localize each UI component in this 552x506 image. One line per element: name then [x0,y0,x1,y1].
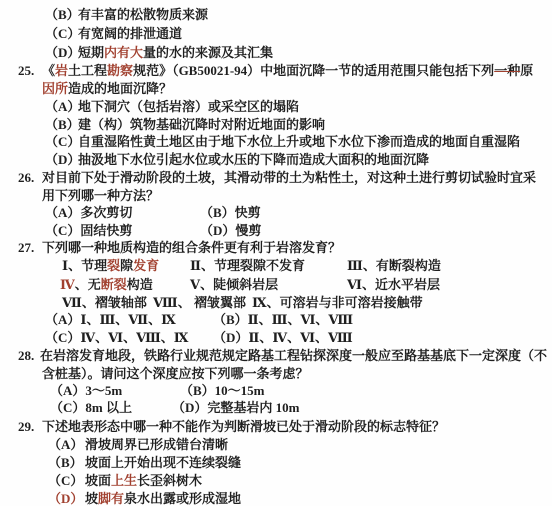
option-line: （C）Ⅳ、Ⅵ、Ⅷ、Ⅸ（D）Ⅱ、Ⅳ、Ⅵ、Ⅷ [0,330,552,347]
option-text: 坡面上生长歪斜树木 [85,473,202,489]
text-segment: （A）3～5m [50,383,122,398]
text-segment: （A）多次剪切 [45,205,132,220]
text-segment: （B） [45,7,80,22]
annotated-text: 裂 [107,258,120,273]
option-d: （D）完整基岩内 10m [172,400,299,416]
annotated-text: 大 [130,45,143,60]
option-b: （B）10～15m [180,383,265,399]
text-segment: （D） [45,45,80,60]
option-a: （A）3～5m [50,383,122,399]
question-text: 《岩土工程勘察规范》（GB50021-94）中地面沉降一节的适用范围只能包括下列… [42,63,533,79]
option-text: 坡面上开始出现不连续裂缝 [85,455,241,471]
text-segment: （D）完整基岩内 10m [172,400,299,415]
option-line: （A）地下洞穴（包括岩溶）或采空区的塌陷 [0,99,552,116]
text-segment: 坡面 [85,473,111,488]
question-line: 26.对目前下处于滑动阶段的土坡，其滑动带的土为粘性土，对这种土进行剪切试验时宜… [0,170,552,187]
option-label: （D） [45,45,80,61]
text-segment: 地下洞穴（包括岩溶）或采空区的塌陷 [78,99,299,114]
item-list-line: Ⅰ、节理裂隙发育Ⅱ、节理裂隙不发育Ⅲ、有断裂构造 [0,258,552,275]
option-b: （B）Ⅱ、Ⅲ、Ⅵ、Ⅷ [213,312,353,328]
text-segment: 对目前下处于滑动阶段的土坡，其滑动带的土为粘性土，对这种土进行剪切试验时宜采 [42,170,536,185]
item-1: Ⅰ、节理裂隙发育 [62,258,159,274]
option-line: （B）坡面上开始出现不连续裂缝 [0,455,552,472]
item-7: Ⅶ、褶皱轴部 [62,295,147,311]
text-segment: （C） [45,26,80,41]
question-text: 在岩溶发育地段，铁路行业规范规定路基工程钻探深度一般应至路基基底下一定深度（不 [40,348,547,364]
question-line: 28.在岩溶发育地段，铁路行业规范规定路基工程钻探深度一般应至路基基底下一定深度… [0,348,552,365]
option-line: （A）Ⅰ、Ⅲ、Ⅶ、Ⅸ（B）Ⅱ、Ⅲ、Ⅵ、Ⅷ [0,312,552,329]
item-4: Ⅳ、无断裂构造 [60,277,153,293]
text-segment: 造成的地面沉降？ [68,81,172,96]
text-segment: 27. [18,240,34,255]
item-9: Ⅸ、可溶岩与非可溶岩接触带 [252,295,423,311]
item-3: Ⅲ、有断裂构造 [347,258,441,274]
text-segment: 25. [18,63,34,78]
item-6: Ⅵ、近水平岩层 [347,277,440,293]
text-segment: 原 [520,63,533,78]
question-continuation: 因所造成的地面沉降？ [0,81,552,98]
text-segment: 规范》（GB50021-94）中地面沉降一节的适用范围只能包括下列 [133,63,494,78]
annotated-text: Ⅳ [60,277,75,292]
question-line: 27.下列哪一种地质构造的组合条件更有利于岩溶发育？ [0,240,552,257]
annotated-text: 内有 [104,45,130,60]
option-d: （D）Ⅱ、Ⅳ、Ⅵ、Ⅷ [213,330,353,346]
text-segment: （D）慢剪 [200,223,261,238]
text-segment: （C） [45,134,80,149]
text-segment: 28. [18,348,34,363]
option-label: （D） [45,152,80,168]
option-line: （D）短期内有大量的水的来源及其汇集 [0,45,552,62]
option-text: 自重湿陷性黄土地区由于地下水位上升或地下水位下渗而造成的地面自重湿陷 [78,134,520,150]
option-line: （B）有丰富的松散物质来源 [0,7,552,24]
question-text: 下列哪一种地质构造的组合条件更有利于岩溶发育？ [42,240,341,256]
option-line: （C）固结快剪（D）慢剪 [0,223,552,240]
text-segment: 下列哪一种地质构造的组合条件更有利于岩溶发育？ [42,240,341,255]
question-number: 27. [18,240,34,256]
text-segment: （D）Ⅱ、Ⅳ、Ⅵ、Ⅷ [213,330,353,345]
option-text: 滑坡周界已形成错台清晰 [85,437,228,453]
text-segment: 、无 [75,277,101,292]
text-segment: 土工程 [68,63,107,78]
text-segment: 有丰富的松散物质来源 [78,7,208,22]
text-segment: 抽汲地下水位引起水位或水压的下降而造成大面积的地面沉降 [78,152,429,167]
option-a: （A）Ⅰ、Ⅲ、Ⅶ、Ⅸ [45,312,176,328]
option-line: （B）建（构）筑物基础沉降时对附近地面的影响 [0,117,552,134]
question-text: 含桩基）。请问这个深度应按下列哪一条考虑？ [42,366,309,382]
question-number: 26. [18,170,34,186]
option-line: （D）抽汲地下水位引起水位或水压的下降而造成大面积的地面沉降 [0,152,552,169]
annotated-text: 一种 [494,63,520,78]
text-segment: （C） [48,473,83,488]
text-segment: 泉水出露或形成湿地 [124,491,241,506]
text-segment: 自重湿陷性黄土地区由于地下水位上升或地下水位下渗而造成的地面自重湿陷 [78,134,520,149]
item-list-line: Ⅳ、无断裂构造Ⅴ、陡倾斜岩层Ⅵ、近水平岩层 [0,277,552,294]
option-b: （B）快剪 [200,205,261,221]
text-segment: （B）快剪 [200,205,261,220]
question-text: 用下列哪一种方法？ [42,188,159,204]
text-segment: （A） [45,99,80,114]
item-8: Ⅷ、 褶皱翼部 [153,295,246,311]
option-label: （B） [45,117,80,133]
option-label: （D） [48,491,83,506]
option-line: （A）多次剪切（B）快剪 [0,205,552,222]
text-segment: 量的水的来源及其汇集 [143,45,273,60]
option-text: 有丰富的松散物质来源 [78,7,208,23]
text-segment: 坡 [85,491,98,506]
text-segment: （B） [45,117,80,132]
annotated-text: 发育 [133,258,159,273]
text-segment: Ⅴ、陡倾斜岩层 [190,277,278,292]
text-segment: （C）Ⅳ、Ⅵ、Ⅷ、Ⅸ [45,330,188,345]
option-d: （D）慢剪 [200,223,261,239]
question-text: 下述地表形态中哪一种不能作为判断滑坡已处于滑动阶段的标志特征？ [42,419,445,435]
text-segment: 滑坡周界已形成错台清晰 [85,437,228,452]
text-segment: 短期 [78,45,104,60]
text-segment: （C）8m 以上 [50,400,132,415]
option-text: 有宽阔的排泄通道 [78,26,182,42]
question-number: 25. [18,63,34,79]
text-segment: Ⅱ、节理裂隙不发育 [190,258,305,273]
option-text: 短期内有大量的水的来源及其汇集 [78,45,273,61]
option-label: （A） [48,437,83,453]
annotated-text: 上生 [111,473,137,488]
option-line: （C）有宽阔的排泄通道 [0,26,552,43]
annotated-text: 断裂 [101,277,127,292]
option-text: 建（构）筑物基础沉降时对附近地面的影响 [78,117,325,133]
item-5: Ⅴ、陡倾斜岩层 [190,277,278,293]
text-segment: Ⅵ、近水平岩层 [347,277,440,292]
text-segment: （C）固结快剪 [45,223,132,238]
item-2: Ⅱ、节理裂隙不发育 [190,258,305,274]
question-line: 29.下述地表形态中哪一种不能作为判断滑坡已处于滑动阶段的标志特征？ [0,419,552,436]
option-label: （B） [48,455,83,471]
text-segment: 在岩溶发育地段，铁路行业规范规定路基工程钻探深度一般应至路基基底下一定深度（不 [40,348,547,363]
option-label: （A） [45,99,80,115]
annotated-text: 脚有 [98,491,124,506]
option-line: （A）滑坡周界已形成错台清晰 [0,437,552,454]
option-c: （C）固结快剪 [45,223,132,239]
text-segment: Ⅶ、褶皱轴部 [62,295,147,310]
text-segment: （B） [48,455,83,470]
text-segment: Ⅰ、节理 [62,258,107,273]
text-segment: 用下列哪一种方法？ [42,188,159,203]
option-line: （C）8m 以上（D）完整基岩内 10m [0,400,552,417]
option-c: （C）Ⅳ、Ⅵ、Ⅷ、Ⅸ [45,330,188,346]
option-label: （C） [48,473,83,489]
option-line: （D）坡脚有泉水出露或形成湿地 [0,491,552,506]
option-text: 坡脚有泉水出露或形成湿地 [85,491,241,506]
question-text: 对目前下处于滑动阶段的土坡，其滑动带的土为粘性土，对这种土进行剪切试验时宜采 [42,170,536,186]
text-segment: 长歪斜树木 [137,473,202,488]
text-segment: 构造 [127,277,153,292]
annotated-text: 勘察 [107,63,133,78]
text-segment: （B）10～15m [180,383,265,398]
option-label: （C） [45,26,80,42]
option-text: 抽汲地下水位引起水位或水压的下降而造成大面积的地面沉降 [78,152,429,168]
question-number: 28. [18,348,34,364]
option-line: （C）自重湿陷性黄土地区由于地下水位上升或地下水位下渗而造成的地面自重湿陷 [0,134,552,151]
option-label: （C） [45,134,80,150]
text-segment: 26. [18,170,34,185]
question-continuation: 含桩基）。请问这个深度应按下列哪一条考虑？ [0,366,552,383]
annotated-text: （D） [48,491,83,506]
text-segment: 坡面上开始出现不连续裂缝 [85,455,241,470]
question-number: 29. [18,419,34,435]
text-segment: （A）Ⅰ、Ⅲ、Ⅶ、Ⅸ [45,312,176,327]
text-segment: 《 [42,63,55,78]
question-continuation: 用下列哪一种方法？ [0,188,552,205]
annotated-text: 因所 [42,81,68,96]
text-segment: （A） [48,437,83,452]
text-segment: Ⅷ、 褶皱翼部 [153,295,246,310]
question-line: 25.《岩土工程勘察规范》（GB50021-94）中地面沉降一节的适用范围只能包… [0,63,552,80]
option-c: （C）8m 以上 [50,400,132,416]
option-label: （B） [45,7,80,23]
annotated-text: 岩 [55,63,68,78]
exam-paper-page: （B）有丰富的松散物质来源（C）有宽阔的排泄通道（D）短期内有大量的水的来源及其… [0,0,552,506]
text-segment: （B）Ⅱ、Ⅲ、Ⅵ、Ⅷ [213,312,353,327]
text-segment: 下述地表形态中哪一种不能作为判断滑坡已处于滑动阶段的标志特征？ [42,419,445,434]
option-text: 地下洞穴（包括岩溶）或采空区的塌陷 [78,99,299,115]
text-segment: 隙 [120,258,133,273]
option-line: （A）3～5m（B）10～15m [0,383,552,400]
option-line: （C）坡面上生长歪斜树木 [0,473,552,490]
text-segment: 含桩基）。请问这个深度应按下列哪一条考虑？ [42,366,309,381]
option-a: （A）多次剪切 [45,205,132,221]
question-text: 因所造成的地面沉降？ [42,81,172,97]
text-segment: （D） [45,152,80,167]
item-list-line: Ⅶ、褶皱轴部Ⅷ、 褶皱翼部Ⅸ、可溶岩与非可溶岩接触带 [0,295,552,312]
text-segment: Ⅲ、有断裂构造 [347,258,441,273]
text-segment: 有宽阔的排泄通道 [78,26,182,41]
text-segment: Ⅸ、可溶岩与非可溶岩接触带 [252,295,423,310]
text-segment: 29. [18,419,34,434]
text-segment: 建（构）筑物基础沉降时对附近地面的影响 [78,117,325,132]
